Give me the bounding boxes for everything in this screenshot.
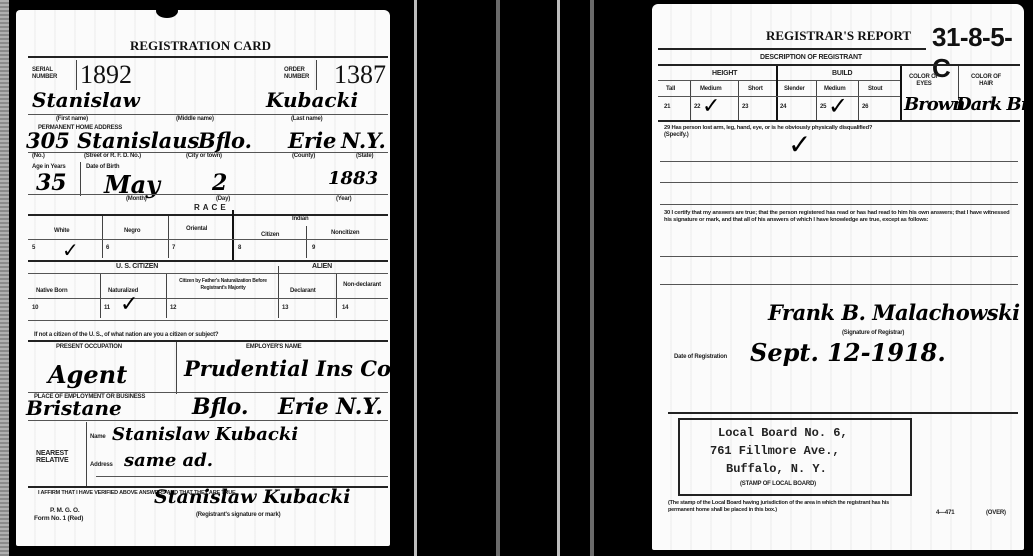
date-of-registration-label: Date of Registration bbox=[674, 354, 727, 360]
addr-no-label: (No.) bbox=[32, 153, 45, 159]
height-heading: HEIGHT bbox=[712, 70, 737, 77]
dob-month-label: (Month) bbox=[126, 196, 147, 202]
us-citizen-heading: U. S. CITIZEN bbox=[116, 263, 158, 270]
stamp-caption: (STAMP OF LOCAL BOARD) bbox=[740, 481, 816, 487]
employer-label: EMPLOYER'S NAME bbox=[246, 344, 301, 350]
over-label: (OVER) bbox=[986, 510, 1006, 516]
row-number: 14 bbox=[342, 305, 348, 311]
registrar-signature: Frank B. Malachowski bbox=[768, 300, 1020, 325]
race-oriental-label: Oriental bbox=[186, 226, 207, 232]
address-city: Bflo. bbox=[198, 128, 252, 153]
question-29-checkmark: ✓ bbox=[788, 128, 811, 161]
naturalized-checkmark: ✓ bbox=[120, 292, 138, 317]
build-heading: BUILD bbox=[832, 70, 852, 77]
film-stripe bbox=[557, 0, 560, 556]
card-title: REGISTRATION CARD bbox=[130, 38, 271, 54]
dob-day-label: (Day) bbox=[216, 196, 230, 202]
footer-code: 4—471 bbox=[936, 510, 954, 516]
row-number: 22 bbox=[694, 104, 700, 110]
addr-city-label: (City or town) bbox=[186, 153, 222, 159]
occupation-value: Agent bbox=[48, 360, 127, 389]
nation-question: If not a citizen of the U. S., of what n… bbox=[34, 332, 218, 338]
indian-label: Indian bbox=[292, 216, 308, 222]
registrar-signature-label: (Signature of Registrar) bbox=[842, 330, 904, 336]
serial-label: SERIAL NUMBER bbox=[32, 67, 74, 81]
declarant-label: Declarant bbox=[290, 288, 316, 294]
row-number: 9 bbox=[312, 245, 315, 251]
form-code: P. M. G. O. bbox=[50, 507, 79, 514]
relative-name: Stanislaw Kubacki bbox=[112, 424, 298, 445]
race-heading: RACE bbox=[194, 203, 229, 212]
registrar-report-back: REGISTRAR'S REPORT 31-8-5-C DESCRIPTION … bbox=[652, 4, 1024, 550]
film-edge bbox=[0, 0, 9, 556]
build-medium-checkmark: ✓ bbox=[828, 92, 848, 120]
nearest-relative-label: NEAREST RELATIVE bbox=[36, 450, 76, 464]
signature-label: (Registrant's signature or mark) bbox=[196, 512, 280, 518]
dob-year-label: (Year) bbox=[336, 196, 351, 202]
eye-color-heading: COLOR OF EYES bbox=[904, 74, 944, 88]
row-number: 23 bbox=[742, 104, 748, 110]
serial-number: 1892 bbox=[80, 60, 132, 90]
film-stripe bbox=[414, 0, 417, 556]
race-indian-noncitizen-label: Noncitizen bbox=[331, 230, 359, 236]
citizen-by-father-label: Citizen by Father's Naturalization Befor… bbox=[170, 278, 276, 292]
address-county: Erie bbox=[288, 128, 336, 153]
dob-day: 2 bbox=[212, 170, 227, 196]
registration-card-front: REGISTRATION CARD SERIAL NUMBER 1892 ORD… bbox=[16, 10, 390, 546]
address-street: 305 Stanislaus bbox=[26, 128, 199, 153]
order-number: 1387 bbox=[334, 60, 386, 90]
race-indian-citizen-label: Citizen bbox=[261, 232, 279, 238]
relative-address-label: Address bbox=[90, 462, 113, 468]
row-number: 21 bbox=[664, 104, 670, 110]
employment-state: N.Y. bbox=[336, 394, 383, 420]
build-slender-label: Slender bbox=[784, 86, 805, 92]
stamp-note: (The stamp of the Local Board having jur… bbox=[668, 500, 908, 514]
row-number: 24 bbox=[780, 104, 786, 110]
question-29-specify: (Specify.) bbox=[664, 132, 689, 138]
addr-county-label: (County) bbox=[292, 153, 315, 159]
employment-city: Bflo. bbox=[192, 394, 249, 420]
date-of-registration-value: Sept. 12-1918. bbox=[750, 338, 946, 367]
build-stout-label: Stout bbox=[868, 86, 882, 92]
description-heading: DESCRIPTION OF REGISTRANT bbox=[760, 54, 862, 61]
addr-street-label: (Street or R. F. D. No.) bbox=[84, 153, 141, 159]
relative-address: same ad. bbox=[124, 450, 213, 471]
row-number: 25 bbox=[820, 104, 826, 110]
height-medium-checkmark: ✓ bbox=[702, 94, 720, 119]
stamp-line-2: 761 Fillmore Ave., bbox=[710, 444, 840, 458]
height-tall-label: Tall bbox=[666, 86, 675, 92]
first-name-label: (First name) bbox=[56, 116, 88, 122]
race-white-checkmark: ✓ bbox=[62, 238, 79, 262]
address-state: N.Y. bbox=[341, 128, 386, 153]
employment-street: Bristane bbox=[26, 396, 122, 420]
film-stripe bbox=[590, 0, 594, 556]
last-name: Kubacki bbox=[266, 88, 358, 112]
question-30: 30 I certify that my answers are true; t… bbox=[664, 210, 1018, 224]
occupation-label: PRESENT OCCUPATION bbox=[56, 344, 122, 350]
report-title: REGISTRAR'S REPORT bbox=[766, 28, 911, 44]
row-number: 12 bbox=[170, 305, 176, 311]
middle-name-label: (Middle name) bbox=[176, 116, 214, 122]
stamp-line-3: Buffalo, N. Y. bbox=[726, 462, 827, 476]
row-number: 11 bbox=[104, 305, 110, 311]
dob-year: 1883 bbox=[328, 168, 378, 189]
alien-heading: ALIEN bbox=[312, 263, 332, 270]
hole-punch bbox=[156, 10, 178, 18]
first-name: Stanislaw bbox=[32, 88, 140, 112]
local-board-stamp-box: Local Board No. 6, 761 Fillmore Ave., Bu… bbox=[678, 418, 912, 496]
row-number: 10 bbox=[32, 305, 38, 311]
form-number: Form No. 1 (Red) bbox=[34, 515, 83, 522]
registrant-signature: Stanislaw Kubacki bbox=[154, 486, 351, 508]
native-born-label: Native Born bbox=[36, 288, 67, 294]
order-label: ORDER NUMBER bbox=[284, 67, 314, 81]
hair-color-value: Dark Br. bbox=[956, 94, 1024, 115]
film-stripe bbox=[496, 0, 500, 556]
row-number: 13 bbox=[282, 305, 288, 311]
row-number: 5 bbox=[32, 245, 35, 251]
row-number: 7 bbox=[172, 245, 175, 251]
row-number: 26 bbox=[862, 104, 868, 110]
race-negro-label: Negro bbox=[124, 228, 140, 234]
last-name-label: (Last name) bbox=[291, 116, 322, 122]
question-29: 29 Has person lost arm, leg, hand, eye, … bbox=[664, 125, 872, 131]
race-white-label: White bbox=[54, 228, 69, 234]
row-number: 6 bbox=[106, 245, 109, 251]
addr-state-label: (State) bbox=[356, 153, 373, 159]
hair-color-heading: COLOR OF HAIR bbox=[966, 74, 1006, 88]
employer-value: Prudential Ins Co. bbox=[184, 356, 390, 381]
row-number: 8 bbox=[238, 245, 241, 251]
non-declarant-label: Non-declarant bbox=[342, 282, 382, 289]
stamp-line-1: Local Board No. 6, bbox=[718, 426, 848, 440]
relative-name-label: Name bbox=[90, 434, 106, 440]
employment-county: Erie bbox=[278, 394, 329, 420]
height-short-label: Short bbox=[748, 86, 763, 92]
age-value: 35 bbox=[36, 170, 67, 196]
height-medium-label: Medium bbox=[700, 86, 721, 92]
